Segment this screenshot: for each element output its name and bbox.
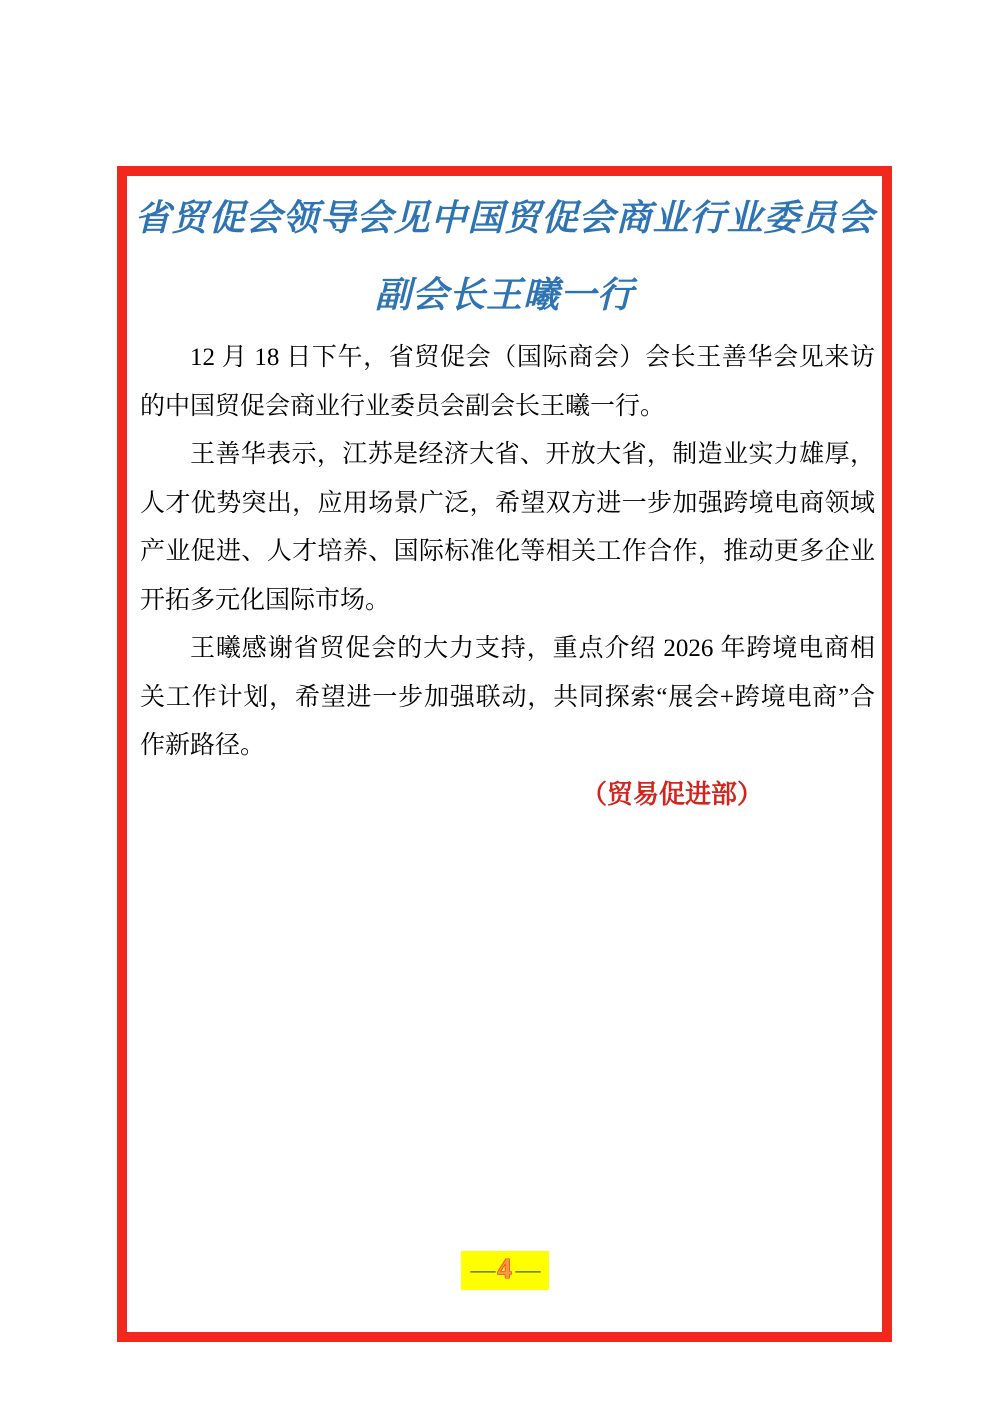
paragraph-3: 王曦感谢省贸促会的大力支持，重点介绍 2026 年跨境电商相关工作计划，希望进一… [140,625,875,771]
page-number-dash-right: — [516,1257,539,1284]
paragraph-1: 12 月 18 日下午，省贸促会（国际商会）会长王善华会见来访的中国贸促会商业行… [140,334,875,431]
paragraph-2: 王善华表示，江苏是经济大省、开放大省，制造业实力雄厚，人才优势突出，应用场景广泛… [140,431,875,625]
red-border-frame: 省贸促会领导会见中国贸促会商业行业委员会 副会长王曦一行 12 月 18 日下午… [117,166,892,1342]
article-title: 省贸促会领导会见中国贸促会商业行业委员会 副会长王曦一行 [127,180,882,334]
page-number: —4— [461,1251,549,1290]
signature-department: （贸易促进部） [140,771,875,820]
page-number-dash-left: — [471,1257,494,1284]
article-body: 12 月 18 日下午，省贸促会（国际商会）会长王善华会见来访的中国贸促会商业行… [127,334,882,819]
title-line-2: 副会长王曦一行 [127,257,882,334]
page-number-value: 4 [494,1254,516,1285]
title-line-1: 省贸促会领导会见中国贸促会商业行业委员会 [127,180,882,257]
